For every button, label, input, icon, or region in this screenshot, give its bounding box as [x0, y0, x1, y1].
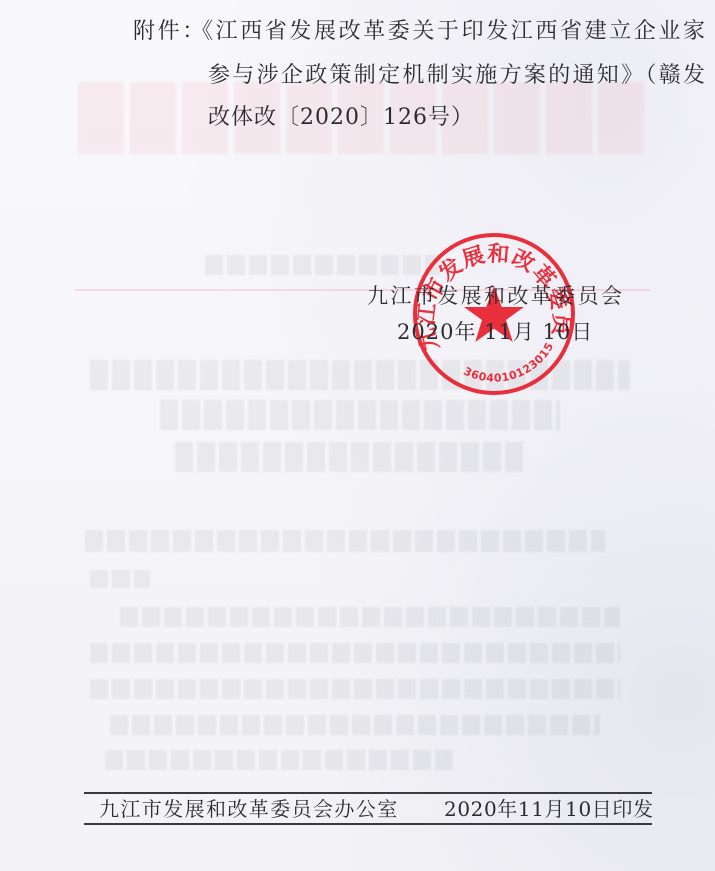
footer-top-rule — [84, 792, 652, 794]
footer-issuer: 九江市发展和改革委员会办公室 — [99, 799, 399, 819]
attachment-title-line-3: 改体改〔2020〕126号） — [208, 107, 474, 129]
paper-background — [0, 0, 715, 871]
footer-issue-date: 2020年11月10日印发 — [444, 799, 654, 819]
attachment-title-line-2: 参与涉企政策制定机制实施方案的通知》（赣发 — [208, 65, 707, 87]
official-seal: 九江市发展和改革委员会 3604010123015 — [410, 230, 578, 398]
footer-bottom-rule — [84, 823, 652, 825]
signature-organization: 九江市发展和改革委员会 — [367, 286, 624, 307]
signature-date: 2020年 11月 10日 — [397, 322, 593, 343]
attachment-title-line-1: 《江西省发展改革委关于印发江西省建立企业家 — [191, 21, 708, 43]
